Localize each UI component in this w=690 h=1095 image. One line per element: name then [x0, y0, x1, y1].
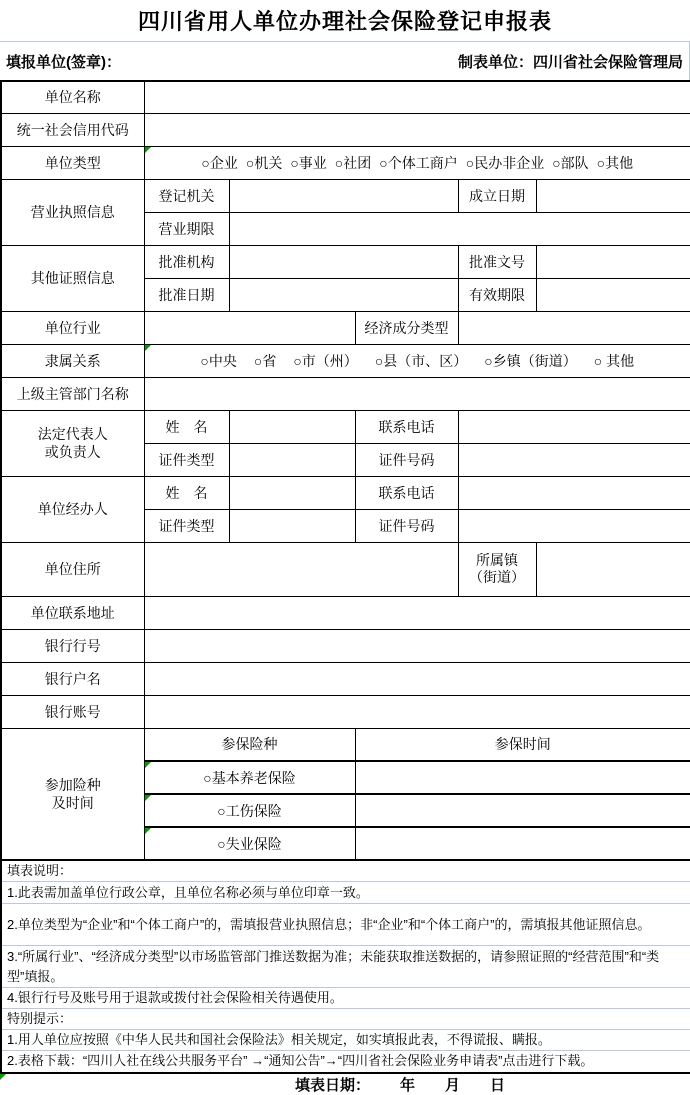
valid-term-label: 有效期限 [458, 278, 536, 311]
special-note-2: 2.表格下载：“四川人社在线公共服务平台” →“通知公告”→“四川省社会保险业务… [1, 1051, 690, 1073]
affiliation-option-city[interactable]: ○市（州） [293, 351, 357, 371]
unit-type-option-institution[interactable]: ○事业 [290, 153, 326, 173]
agent-name-label: 姓 名 [144, 476, 229, 509]
business-license-label: 营业执照信息 [1, 179, 144, 245]
unit-type-option-army[interactable]: ○部队 [552, 153, 588, 173]
legal-rep-label: 法定代表人 或负责人 [1, 410, 144, 476]
pension-insurance-option[interactable]: ○基本养老保险 [144, 761, 355, 794]
business-term-label: 营业期限 [144, 212, 229, 245]
credit-code-label: 统一社会信用代码 [1, 113, 144, 146]
agent-phone-input[interactable] [458, 476, 690, 509]
bank-no-label: 银行行号 [1, 629, 144, 662]
business-term-input[interactable] [229, 212, 690, 245]
reporting-unit-label: 填报单位(签章)： [6, 51, 121, 72]
legal-rep-id-no-input[interactable] [458, 443, 690, 476]
page-title: 四川省用人单位办理社会保险登记申报表 [0, 0, 690, 42]
approve-date-label: 批准日期 [144, 278, 229, 311]
agent-label: 单位经办人 [1, 476, 144, 542]
economy-type-input[interactable] [458, 311, 690, 344]
town-label-line1: 所属镇 [461, 552, 534, 570]
unit-type-options: ○企业 ○机关 ○事业 ○社团 ○个体工商户 ○民办非企业 ○部队 ○其他 [147, 153, 689, 173]
approve-date-input[interactable] [229, 278, 458, 311]
legal-rep-id-type-label: 证件类型 [144, 443, 229, 476]
note-item-2: 2.单位类型为“企业”和“个体工商户”的，需填报营业执照信息；非“企业”和“个体… [1, 904, 690, 946]
establish-date-label: 成立日期 [458, 179, 536, 212]
agent-phone-label: 联系电话 [355, 476, 458, 509]
form-sheet: 四川省用人单位办理社会保险登记申报表 填报单位(签章)： 制表单位：四川省社会保… [0, 0, 690, 1095]
credit-code-input[interactable] [144, 113, 690, 146]
legal-rep-id-no-label: 证件号码 [355, 443, 458, 476]
unit-type-option-private-nonenterprise[interactable]: ○民办非企业 [466, 153, 544, 173]
superior-dept-input[interactable] [144, 377, 690, 410]
unit-type-option-gov[interactable]: ○机关 [246, 153, 282, 173]
registration-table: 单位名称 统一社会信用代码 单位类型 ○企业 ○机关 ○事业 ○社团 ○个体工商… [0, 80, 690, 1074]
town-label: 所属镇 （街道） [458, 542, 536, 596]
contact-address-label: 单位联系地址 [1, 596, 144, 629]
legal-rep-label-line2: 或负责人 [4, 443, 142, 461]
affiliation-option-county[interactable]: ○县（市、区） [375, 351, 467, 371]
injury-insurance-time-input[interactable] [355, 794, 690, 827]
residence-label: 单位住所 [1, 542, 144, 596]
note-item-1: 1.此表需加盖单位行政公章，且单位名称必须与单位印章一致。 [1, 882, 690, 904]
unit-type-option-enterprise[interactable]: ○企业 [201, 153, 237, 173]
residence-input[interactable] [144, 542, 458, 596]
approve-org-input[interactable] [229, 245, 458, 278]
unit-name-input[interactable] [144, 81, 690, 113]
note-item-3: 3.“所属行业”、“经济成分类型”以市场监管部门推送数据为准；未能获取推送数据的… [1, 946, 690, 988]
agent-id-type-input[interactable] [229, 509, 355, 542]
note-item-4: 4.银行行号及账号用于退款或拨付社会保险相关待遇使用。 [1, 988, 690, 1009]
affiliation-options-cell: ○中央 ○省 ○市（州） ○县（市、区） ○乡镇（街道） ○ 其他 [144, 344, 690, 377]
unit-type-options-cell: ○企业 ○机关 ○事业 ○社团 ○个体工商户 ○民办非企业 ○部队 ○其他 [144, 146, 690, 179]
unemployment-insurance-option[interactable]: ○失业保险 [144, 827, 355, 860]
fill-date-row: 填表日期： 年 月 日 [0, 1074, 690, 1095]
insurance-section-label: 参加险种 及时间 [1, 728, 144, 860]
affiliation-option-province[interactable]: ○省 [254, 351, 276, 371]
insurance-type-header: 参保险种 [144, 728, 355, 761]
pension-insurance-time-input[interactable] [355, 761, 690, 794]
bank-account-no-label: 银行账号 [1, 695, 144, 728]
subheader: 填报单位(签章)： 制表单位：四川省社会保险管理局 [0, 42, 690, 80]
agent-id-no-label: 证件号码 [355, 509, 458, 542]
issuing-unit-label: 制表单位：四川省社会保险管理局 [458, 51, 683, 72]
reg-authority-input[interactable] [229, 179, 458, 212]
bank-account-name-input[interactable] [144, 662, 690, 695]
insurance-time-header: 参保时间 [355, 728, 690, 761]
other-cert-label: 其他证照信息 [1, 245, 144, 311]
industry-input[interactable] [144, 311, 355, 344]
unit-type-option-other[interactable]: ○其他 [597, 153, 633, 173]
town-input[interactable] [536, 542, 690, 596]
bank-no-input[interactable] [144, 629, 690, 662]
fill-date-day-label[interactable]: 日 [490, 1074, 505, 1095]
fill-date-month-label[interactable]: 月 [445, 1074, 460, 1095]
establish-date-input[interactable] [536, 179, 690, 212]
unit-type-option-individual-biz[interactable]: ○个体工商户 [379, 153, 457, 173]
approve-doc-no-input[interactable] [536, 245, 690, 278]
agent-id-no-input[interactable] [458, 509, 690, 542]
affiliation-option-town[interactable]: ○乡镇（街道） [484, 351, 576, 371]
legal-rep-name-label: 姓 名 [144, 410, 229, 443]
town-label-line2: （街道） [461, 569, 534, 587]
affiliation-option-other[interactable]: ○ 其他 [594, 351, 634, 371]
legal-rep-name-input[interactable] [229, 410, 355, 443]
superior-dept-label: 上级主管部门名称 [1, 377, 144, 410]
unit-name-label: 单位名称 [1, 81, 144, 113]
insurance-label-line2: 及时间 [4, 794, 142, 812]
contact-address-input[interactable] [144, 596, 690, 629]
unit-type-label: 单位类型 [1, 146, 144, 179]
legal-rep-label-line1: 法定代表人 [4, 425, 142, 443]
approve-doc-no-label: 批准文号 [458, 245, 536, 278]
fill-date-label: 填表日期： [295, 1074, 370, 1095]
injury-insurance-option[interactable]: ○工伤保险 [144, 794, 355, 827]
economy-type-label: 经济成分类型 [355, 311, 458, 344]
valid-term-input[interactable] [536, 278, 690, 311]
unit-type-option-association[interactable]: ○社团 [335, 153, 371, 173]
insurance-label-line1: 参加险种 [4, 776, 142, 794]
affiliation-option-central[interactable]: ○中央 [200, 351, 236, 371]
unemployment-insurance-time-input[interactable] [355, 827, 690, 860]
approve-org-label: 批准机构 [144, 245, 229, 278]
affiliation-label: 隶属关系 [1, 344, 144, 377]
legal-rep-id-type-input[interactable] [229, 443, 355, 476]
industry-label: 单位行业 [1, 311, 144, 344]
bank-account-name-label: 银行户名 [1, 662, 144, 695]
agent-id-type-label: 证件类型 [144, 509, 229, 542]
agent-name-input[interactable] [229, 476, 355, 509]
special-notes-heading: 特别提示： [1, 1009, 690, 1030]
notes-heading: 填表说明： [1, 860, 690, 882]
special-note-1: 1.用人单位应按照《中华人民共和国社会保险法》相关规定，如实填报此表，不得谎报、… [1, 1030, 690, 1051]
reg-authority-label: 登记机关 [144, 179, 229, 212]
bank-account-no-input[interactable] [144, 695, 690, 728]
legal-rep-phone-label: 联系电话 [355, 410, 458, 443]
affiliation-options: ○中央 ○省 ○市（州） ○县（市、区） ○乡镇（街道） ○ 其他 [147, 351, 689, 371]
fill-date-year-label[interactable]: 年 [400, 1074, 415, 1095]
legal-rep-phone-input[interactable] [458, 410, 690, 443]
